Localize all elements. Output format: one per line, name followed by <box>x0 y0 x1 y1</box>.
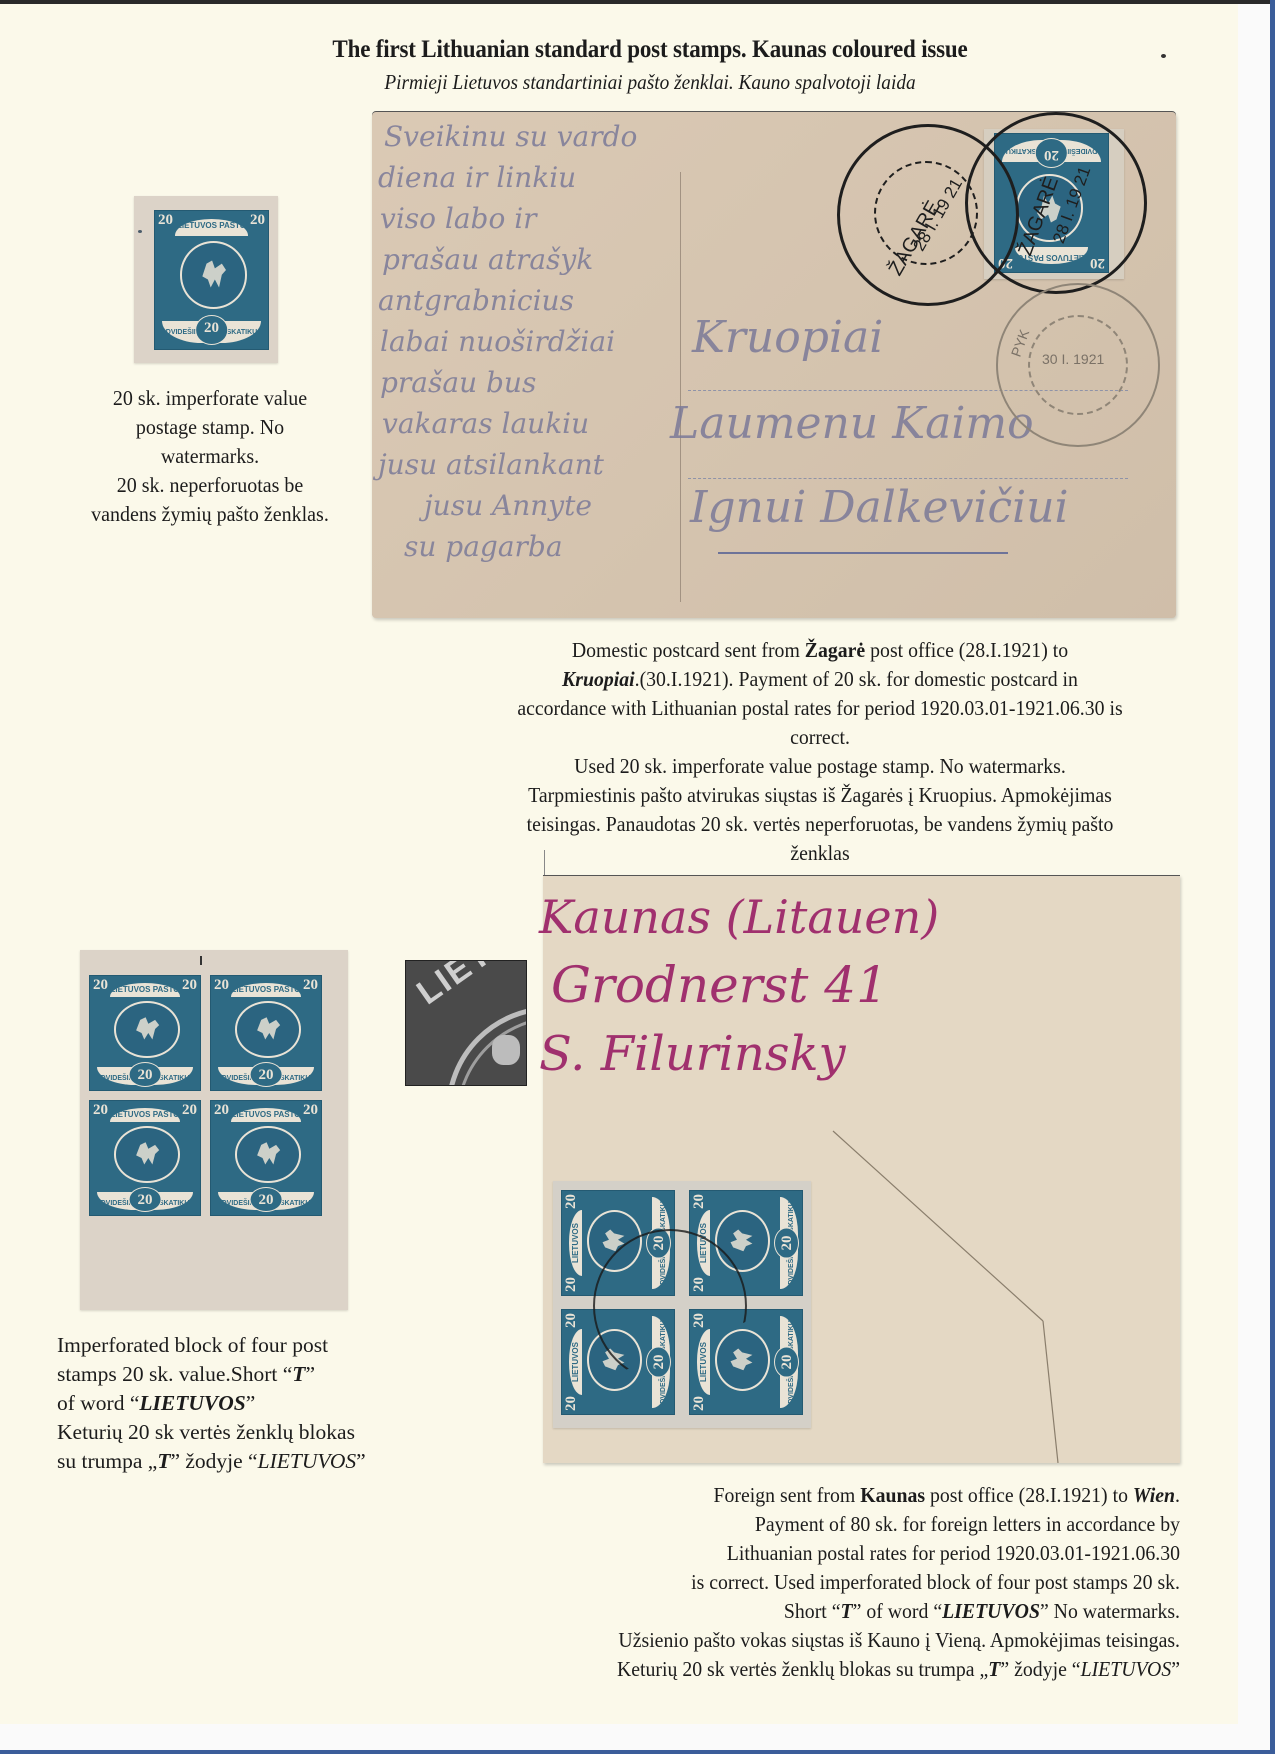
address-line: Laumenu Kaimo <box>670 398 1034 449</box>
caption-line: Short “T” of word “LIETUVOS” No watermar… <box>462 1597 1180 1626</box>
vytis-knight-icon <box>114 1126 180 1182</box>
caption-line: Imperforated block of four post <box>57 1331 457 1360</box>
stamp-inscription: LIETUVOS PASTO ZENKLAS <box>110 1108 180 1122</box>
caption-line: 20 sk. neperforuotas be <box>52 471 368 500</box>
value-numeral: 20 <box>214 1103 229 1118</box>
block-stamp: 2020LIETUVOS PASTO ZENKLASDVIDEŠIMTSKATI… <box>210 1100 322 1216</box>
page-title: The first Lithuanian standard post stamp… <box>236 36 1064 64</box>
scan-margin-bottom <box>0 1724 1270 1750</box>
stamp-inscription: LIETUVOS PASTO ZENKLAS <box>231 983 301 997</box>
value-circle: 20 <box>195 315 229 345</box>
postcard-divider <box>680 172 681 602</box>
caption-line: su trumpa „T” žodyje “LIETUVOS” <box>57 1447 457 1476</box>
message-line: prašau atrašyk <box>382 243 593 276</box>
address-line: Ignui Dalkevičiui <box>690 482 1069 533</box>
page-subtitle: Pirmieji Lietuvos standartiniai pašto že… <box>236 70 1064 95</box>
value-numeral: 20 <box>182 978 197 993</box>
single-stamp: 2020LIETUVOS PASTO ZENKLASDVIDEŠIMTSKATI… <box>154 210 269 350</box>
caption-line: Keturių 20 sk vertės ženklų blokas su tr… <box>462 1655 1180 1684</box>
single-stamp-mount: 2020LIETUVOS PASTO ZENKLASDVIDEŠIMTSKATI… <box>134 196 278 363</box>
caption-line: is correct. Used imperforated block of f… <box>462 1568 1180 1597</box>
value-numeral: 20 <box>303 1103 318 1118</box>
caption-line: vandens žymių pašto ženklas. <box>52 500 368 529</box>
value-numeral: 20 <box>158 213 173 228</box>
message-line: prašau bus <box>380 366 536 399</box>
value-numeral: 20 <box>564 1313 579 1328</box>
block-stamp: 2020LIETUVOS PASTO ZENKLASDVIDEŠIMTSKATI… <box>89 1100 201 1216</box>
value-numeral: 20 <box>564 1396 579 1411</box>
message-line: vakaras laukiu <box>382 407 589 440</box>
caption-line: postage stamp. No <box>52 413 368 442</box>
caption-line: Foreign sent from Kaunas post office (28… <box>462 1481 1180 1510</box>
mount-edge <box>544 850 545 875</box>
stamp-inscription: LIETUVOS PASTO ZENKLAS <box>231 1108 301 1122</box>
caption-line: Kruopiai.(30.I.1921). Payment of 20 sk. … <box>397 665 1243 694</box>
message-line: su pagarba <box>404 530 563 563</box>
value-circle: 20 <box>250 1062 283 1087</box>
value-numeral: 20 <box>250 213 265 228</box>
plate-mark <box>200 956 202 965</box>
stamp-inscription: LIETUVOS PASTO ZENKLAS <box>569 1329 582 1396</box>
vytis-knight-icon <box>114 1001 180 1057</box>
value-numeral: 20 <box>214 978 229 993</box>
vytis-knight-icon <box>235 1001 301 1057</box>
value-circle: 20 <box>129 1062 162 1087</box>
caption-line: teisingas. Panaudotas 20 sk. vertės nepe… <box>397 810 1243 839</box>
stamp-inscription: LIETUVOS PASTO ZENKLAS <box>110 983 180 997</box>
value-numeral: 20 <box>564 1194 579 1209</box>
caption-line: ženklas <box>397 839 1243 868</box>
caption-line: stamps 20 sk. value.Short “T” <box>57 1360 457 1389</box>
caption-line: watermarks. <box>52 442 368 471</box>
envelope: Kaunas (Litauen) Grodnerst 41 S. Filurin… <box>543 875 1180 1463</box>
block-of-four-caption: Imperforated block of four post stamps 2… <box>57 1331 457 1476</box>
postcard-caption: Domestic postcard sent from Žagarė post … <box>360 636 1275 868</box>
message-line: jusu Annyte <box>424 489 592 522</box>
single-stamp-caption: 20 sk. imperforate value postage stamp. … <box>40 384 380 529</box>
scan-margin-right <box>1238 4 1270 1750</box>
caption-line: correct. <box>397 723 1243 752</box>
vytis-knight-icon <box>715 1329 771 1391</box>
scan-border-right <box>1270 0 1275 1754</box>
scan-border-bottom <box>0 1750 1275 1754</box>
short-t-detail-image: LIETU <box>405 960 527 1086</box>
caption-line: of word “LIETUVOS” <box>57 1389 457 1418</box>
vytis-knight-icon <box>180 241 247 308</box>
postcard: Sveikinu su vardodiena ir linkiuviso lab… <box>372 112 1176 618</box>
value-numeral: 20 <box>182 1103 197 1118</box>
caption-line: accordance with Lithuanian postal rates … <box>397 694 1243 723</box>
value-circle: 20 <box>129 1187 162 1212</box>
underline <box>718 552 1008 554</box>
caption-line: Užsienio pašto vokas siųstas iš Kauno į … <box>462 1626 1180 1655</box>
message-line: jusu atsilankant <box>378 448 604 481</box>
value-numeral: 20 <box>93 1103 108 1118</box>
value-circle: 20 <box>250 1187 283 1212</box>
message-line: labai nuoširdžiai <box>380 325 615 358</box>
envelope-address-line: Kaunas (Litauen) <box>539 890 939 944</box>
stamp-inscription: LIETUVOS PASTO ZENKLAS <box>569 1210 582 1277</box>
caption-line: Keturių 20 sk vertės ženklų blokas <box>57 1418 457 1447</box>
value-numeral: 20 <box>564 1277 579 1292</box>
vytis-knight-icon <box>235 1126 301 1182</box>
caption-line: Lithuanian postal rates for period 1920.… <box>462 1539 1180 1568</box>
address-line: Kruopiai <box>692 312 883 363</box>
value-numeral: 20 <box>93 978 108 993</box>
message-line: diena ir linkiu <box>378 161 576 194</box>
value-numeral: 20 <box>692 1194 707 1209</box>
page-mark <box>1161 54 1166 58</box>
block-of-four-mount: 2020LIETUVOS PASTO ZENKLASDVIDEŠIMTSKATI… <box>80 950 348 1310</box>
caption-line: Tarpmiestinis pašto atvirukas siųstas iš… <box>397 781 1243 810</box>
caption-line: 20 sk. imperforate value <box>52 384 368 413</box>
envelope-block-mount: 2020LIETUVOS PASTO ZENKLASDVIDEŠIMTSKATI… <box>553 1181 811 1428</box>
caption-line: Domestic postcard sent from Žagarė post … <box>397 636 1243 665</box>
value-numeral: 20 <box>692 1396 707 1411</box>
caption-line: Used 20 sk. imperforate value postage st… <box>397 752 1243 781</box>
envelope-caption: Foreign sent from Kaunas post office (28… <box>400 1481 1180 1684</box>
plate-mark <box>138 230 142 233</box>
caption-line: Payment of 80 sk. for foreign letters in… <box>462 1510 1180 1539</box>
value-numeral: 20 <box>303 978 318 993</box>
postmark-zagare-2: ŽAGARĖ 28 I. 19 21 <box>965 112 1147 294</box>
address-rule <box>688 478 1128 479</box>
message-line: antgrabnicius <box>378 284 574 317</box>
message-line: viso labo ir <box>380 202 537 235</box>
stamp-inscription: LIETUVOS PASTO ZENKLAS <box>175 219 247 236</box>
postmark-arrival: PYK 30 I. 1921 <box>996 283 1160 447</box>
envelope-address-line: S. Filurinsky <box>539 1026 846 1082</box>
block-stamp: 2020LIETUVOS PASTO ZENKLASDVIDEŠIMTSKATI… <box>210 975 322 1091</box>
message-line: Sveikinu su vardo <box>384 120 637 153</box>
envelope-address-line: Grodnerst 41 <box>551 956 888 1014</box>
block-stamp: 2020LIETUVOS PASTO ZENKLASDVIDEŠIMTSKATI… <box>89 975 201 1091</box>
